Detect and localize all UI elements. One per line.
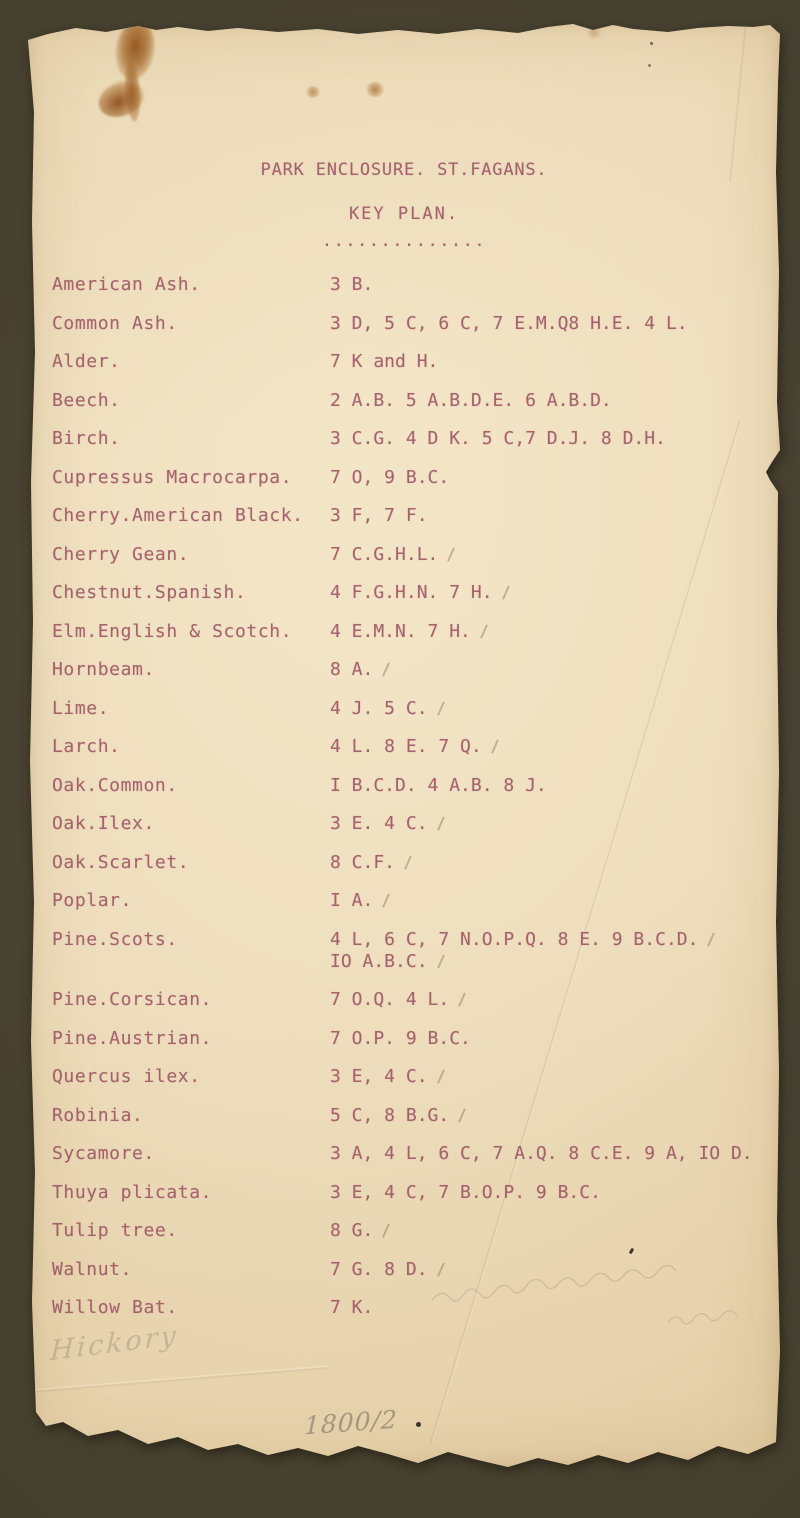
plot-references: 3 F, 7 F. xyxy=(330,506,772,526)
entry-row: Beech.2 A.B. 5 A.B.D.E. 6 A.B.D. xyxy=(52,391,772,430)
tree-name: Elm.English & Scotch. xyxy=(52,622,330,642)
tree-name: Oak.Ilex. xyxy=(52,814,330,834)
tree-name: Oak.Scarlet. xyxy=(52,853,330,873)
plot-references-line: 3 E, 4 C, 7 B.O.P. 9 B.C. xyxy=(330,1182,601,1203)
plot-references: 7 G. 8 D. xyxy=(330,1260,772,1280)
small-stain-right xyxy=(366,82,384,97)
plot-references: 7 K and H. xyxy=(330,352,772,372)
tree-name: Pine.Austrian. xyxy=(52,1029,330,1049)
entries-list: American Ash.3 B.Common Ash.3 D, 5 C, 6 … xyxy=(52,275,772,1337)
tree-name: Thuya plicata. xyxy=(52,1183,330,1203)
entry-row: Robinia.5 C, 8 B.G. xyxy=(52,1106,772,1145)
ink-speck xyxy=(416,1422,421,1427)
pencil-tick-mark xyxy=(435,954,447,969)
plot-references-line: 4 E.M.N. 7 H. xyxy=(330,621,471,642)
plot-references: 4 L. 8 E. 7 Q. xyxy=(330,737,772,757)
small-stain-left xyxy=(306,86,320,98)
plot-references-line: 4 J. 5 C. xyxy=(330,698,428,719)
plot-references-line: 7 G. 8 D. xyxy=(330,1259,428,1280)
pencil-tick-mark xyxy=(380,662,392,677)
archival-photo-of-document: PARK ENCLOSURE. ST.FAGANS. KEY PLAN. ...… xyxy=(0,0,800,1518)
plot-references-line: I B.C.D. 4 A.B. 8 J. xyxy=(330,775,547,796)
entry-row: Thuya plicata.3 E, 4 C, 7 B.O.P. 9 B.C. xyxy=(52,1183,772,1222)
pencil-tick-mark xyxy=(456,992,468,1007)
plot-references: 8 A. xyxy=(330,660,772,680)
tree-name: Hornbeam. xyxy=(52,660,330,680)
entry-row: Quercus ilex.3 E, 4 C. xyxy=(52,1067,772,1106)
entry-row: Oak.Ilex.3 E. 4 C. xyxy=(52,814,772,853)
entry-row: Lime.4 J. 5 C. xyxy=(52,699,772,738)
pencil-tick-mark xyxy=(445,547,457,562)
plot-references-line: IO A.B.C. xyxy=(330,951,428,972)
entry-row: Tulip tree.8 G. xyxy=(52,1221,772,1260)
plot-references: 3 C.G. 4 D K. 5 C,7 D.J. 8 D.H. xyxy=(330,429,772,449)
entry-row: Pine.Scots.4 L, 6 C, 7 N.O.P.Q. 8 E. 9 B… xyxy=(52,930,772,991)
plot-references-line: 8 G. xyxy=(330,1220,373,1241)
entry-row: Larch.4 L. 8 E. 7 Q. xyxy=(52,737,772,776)
tree-name: Willow Bat. xyxy=(52,1298,330,1318)
plot-references: 8 C.F. xyxy=(330,853,772,873)
pencil-tick-mark xyxy=(435,816,447,831)
plot-references-line: 4 L. 8 E. 7 Q. xyxy=(330,736,482,757)
entry-row: Pine.Austrian.7 O.P. 9 B.C. xyxy=(52,1029,772,1068)
plot-references: 4 J. 5 C. xyxy=(330,699,772,719)
tree-name: Sycamore. xyxy=(52,1144,330,1164)
plot-references: I B.C.D. 4 A.B. 8 J. xyxy=(330,776,772,796)
pencil-reference-number: 1800/2 xyxy=(304,1405,399,1441)
plot-references-line: I A. xyxy=(330,890,373,911)
entry-row: Poplar.I A. xyxy=(52,891,772,930)
tree-name: Common Ash. xyxy=(52,314,330,334)
plot-references-line: 4 F.G.H.N. 7 H. xyxy=(330,582,493,603)
plot-references-line: 3 E, 4 C. xyxy=(330,1066,428,1087)
pencil-tick-mark xyxy=(402,855,414,870)
ink-speck xyxy=(650,42,653,45)
tree-name: Poplar. xyxy=(52,891,330,911)
document-subtitle: KEY PLAN. xyxy=(28,204,780,224)
pencil-tick-mark xyxy=(435,701,447,716)
faint-stain-top-right xyxy=(586,26,602,39)
plot-references: 3 D, 5 C, 6 C, 7 E.M.Q8 H.E. 4 L. xyxy=(330,314,772,334)
tree-name: Oak.Common. xyxy=(52,776,330,796)
plot-references-line: 7 K and H. xyxy=(330,351,438,372)
tree-name: Walnut. xyxy=(52,1260,330,1280)
tree-name: Cupressus Macrocarpa. xyxy=(52,468,330,488)
paper-surface: PARK ENCLOSURE. ST.FAGANS. KEY PLAN. ...… xyxy=(28,22,780,1467)
tree-name: Chestnut.Spanish. xyxy=(52,583,330,603)
plot-references-line: 3 E. 4 C. xyxy=(330,813,428,834)
plot-references: 3 E, 4 C, 7 B.O.P. 9 B.C. xyxy=(330,1183,772,1203)
entry-row: Cherry.American Black.3 F, 7 F. xyxy=(52,506,772,545)
entry-row: Alder.7 K and H. xyxy=(52,352,772,391)
entry-row: Pine.Corsican.7 O.Q. 4 L. xyxy=(52,990,772,1029)
pencil-tick-mark xyxy=(435,1262,447,1277)
rust-stain-top-left xyxy=(113,20,158,82)
plot-references-line: 7 C.G.H.L. xyxy=(330,544,438,565)
rust-stain-hook xyxy=(93,73,150,125)
plot-references: 4 L, 6 C, 7 N.O.P.Q. 8 E. 9 B.C.D.IO A.B… xyxy=(330,930,772,972)
plot-references-line: 3 B. xyxy=(330,274,373,295)
tree-name: Birch. xyxy=(52,429,330,449)
pencil-tick-mark xyxy=(705,932,717,947)
pencil-tick-mark xyxy=(500,585,512,600)
tree-name: Quercus ilex. xyxy=(52,1067,330,1087)
plot-references: 4 F.G.H.N. 7 H. xyxy=(330,583,772,603)
pencil-tick-mark xyxy=(456,1108,468,1123)
tree-name: Alder. xyxy=(52,352,330,372)
plot-references: 3 A, 4 L, 6 C, 7 A.Q. 8 C.E. 9 A, IO D. xyxy=(330,1144,772,1164)
pencil-tick-mark xyxy=(435,1069,447,1084)
entry-row: Common Ash.3 D, 5 C, 6 C, 7 E.M.Q8 H.E. … xyxy=(52,314,772,353)
plot-references-line: 7 O.P. 9 B.C. xyxy=(330,1028,471,1049)
plot-references: 5 C, 8 B.G. xyxy=(330,1106,772,1126)
plot-references-line: 3 D, 5 C, 6 C, 7 E.M.Q8 H.E. 4 L. xyxy=(330,313,688,334)
plot-references-line: 7 O.Q. 4 L. xyxy=(330,989,449,1010)
plot-references-line: 7 O, 9 B.C. xyxy=(330,467,449,488)
plot-references: 3 E, 4 C. xyxy=(330,1067,772,1087)
pencil-tick-mark xyxy=(380,893,392,908)
pencil-tick-mark xyxy=(489,739,501,754)
plot-references: 7 K. xyxy=(330,1298,772,1318)
plot-references: 7 O.P. 9 B.C. xyxy=(330,1029,772,1049)
paper-sheet: PARK ENCLOSURE. ST.FAGANS. KEY PLAN. ...… xyxy=(28,22,780,1467)
plot-references: 7 O, 9 B.C. xyxy=(330,468,772,488)
entry-row: American Ash.3 B. xyxy=(52,275,772,314)
entry-row: Birch.3 C.G. 4 D K. 5 C,7 D.J. 8 D.H. xyxy=(52,429,772,468)
plot-references-line: 7 K. xyxy=(330,1297,373,1318)
document-title: PARK ENCLOSURE. ST.FAGANS. xyxy=(28,160,780,180)
plot-references-line: 8 A. xyxy=(330,659,373,680)
plot-references-line: 3 C.G. 4 D K. 5 C,7 D.J. 8 D.H. xyxy=(330,428,666,449)
pencil-tick-mark xyxy=(478,624,490,639)
tree-name: American Ash. xyxy=(52,275,330,295)
tree-name: Pine.Corsican. xyxy=(52,990,330,1010)
plot-references: 4 E.M.N. 7 H. xyxy=(330,622,772,642)
tree-name: Cherry Gean. xyxy=(52,545,330,565)
document-header: PARK ENCLOSURE. ST.FAGANS. KEY PLAN. ...… xyxy=(28,160,780,251)
plot-references: I A. xyxy=(330,891,772,911)
entry-row: Cupressus Macrocarpa.7 O, 9 B.C. xyxy=(52,468,772,507)
ink-speck xyxy=(648,64,651,67)
tree-name: Robinia. xyxy=(52,1106,330,1126)
plot-references-line: 2 A.B. 5 A.B.D.E. 6 A.B.D. xyxy=(330,390,612,411)
pencil-tick-mark xyxy=(380,1223,392,1238)
plot-references: 8 G. xyxy=(330,1221,772,1241)
dotted-divider: .............. xyxy=(28,231,780,251)
plot-references-line: 3 A, 4 L, 6 C, 7 A.Q. 8 C.E. 9 A, IO D. xyxy=(330,1143,753,1164)
plot-references: 7 C.G.H.L. xyxy=(330,545,772,565)
tree-name: Tulip tree. xyxy=(52,1221,330,1241)
entry-row: Elm.English & Scotch.4 E.M.N. 7 H. xyxy=(52,622,772,661)
entry-row: Oak.Scarlet.8 C.F. xyxy=(52,853,772,892)
plot-references-line: 5 C, 8 B.G. xyxy=(330,1105,449,1126)
plot-references: 3 E. 4 C. xyxy=(330,814,772,834)
entry-row: Sycamore.3 A, 4 L, 6 C, 7 A.Q. 8 C.E. 9 … xyxy=(52,1144,772,1183)
plot-references-line: 3 F, 7 F. xyxy=(330,505,428,526)
plot-references-line: 8 C.F. xyxy=(330,852,395,873)
plot-references: 7 O.Q. 4 L. xyxy=(330,990,772,1010)
entry-row: Walnut.7 G. 8 D. xyxy=(52,1260,772,1299)
tree-name: Pine.Scots. xyxy=(52,930,330,950)
entry-row: Oak.Common.I B.C.D. 4 A.B. 8 J. xyxy=(52,776,772,815)
tree-name: Lime. xyxy=(52,699,330,719)
tree-name: Cherry.American Black. xyxy=(52,506,330,526)
rust-stain-streak xyxy=(123,60,142,123)
entry-row: Cherry Gean.7 C.G.H.L. xyxy=(52,545,772,584)
plot-references: 2 A.B. 5 A.B.D.E. 6 A.B.D. xyxy=(330,391,772,411)
tree-name: Beech. xyxy=(52,391,330,411)
plot-references: 3 B. xyxy=(330,275,772,295)
entry-row: Chestnut.Spanish.4 F.G.H.N. 7 H. xyxy=(52,583,772,622)
entry-row: Hornbeam.8 A. xyxy=(52,660,772,699)
plot-references-line: 4 L, 6 C, 7 N.O.P.Q. 8 E. 9 B.C.D. xyxy=(330,929,698,950)
tree-name: Larch. xyxy=(52,737,330,757)
